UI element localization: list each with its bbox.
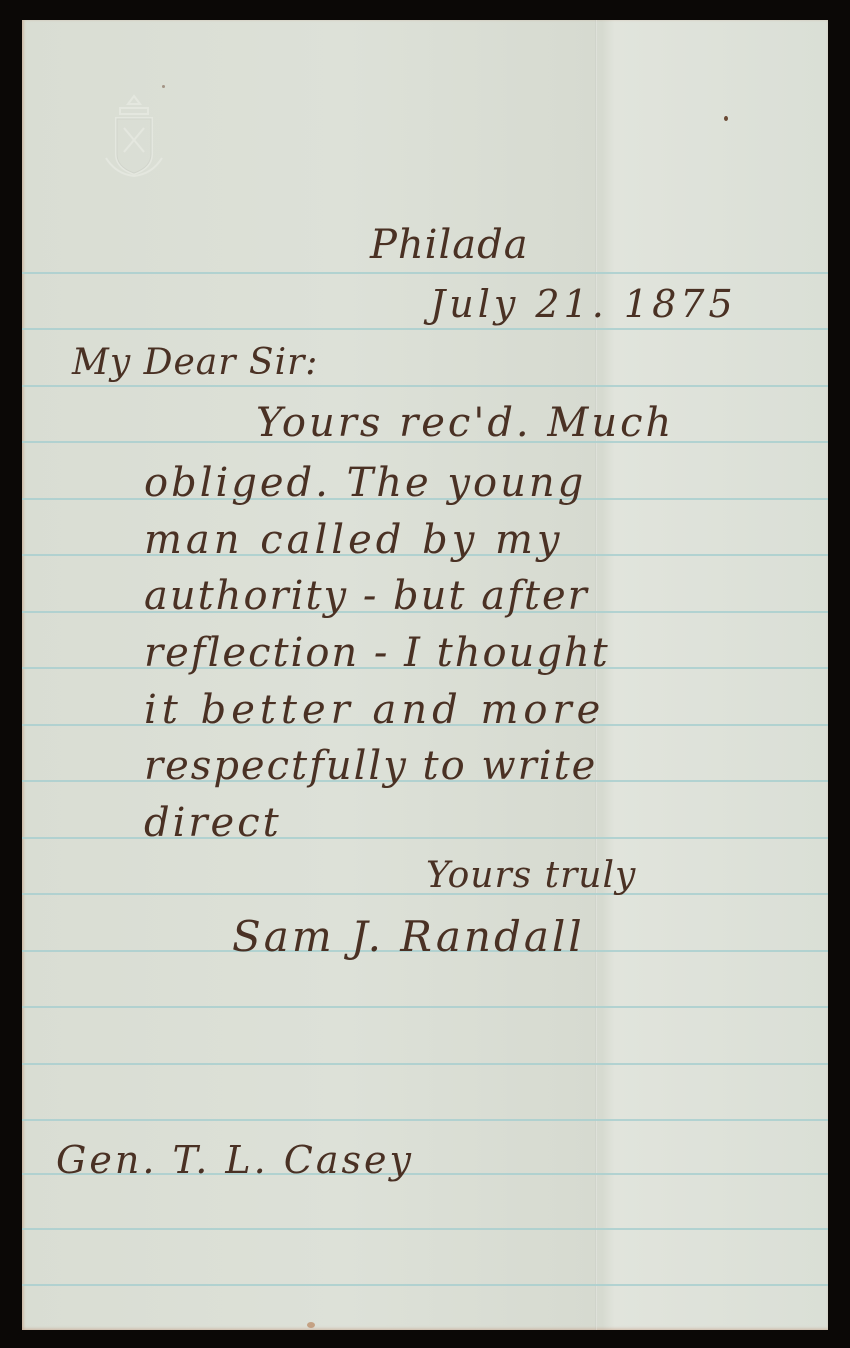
ruled-line xyxy=(22,837,828,839)
letter-body-line: reflection - I thought xyxy=(144,630,610,676)
letter-closing: Yours truly xyxy=(426,855,636,896)
letter-body-line: authority - but after xyxy=(144,573,589,619)
ruled-line xyxy=(22,328,828,330)
embossed-crest-icon xyxy=(94,88,174,188)
letter-date: July 21. 1875 xyxy=(430,282,737,326)
ruled-line xyxy=(22,385,828,387)
letter-body-line: it better and more xyxy=(144,687,605,733)
ruled-line xyxy=(22,1119,828,1121)
letter-body-line: man called by my xyxy=(144,517,564,563)
letter-signature: Sam J. Randall xyxy=(232,912,585,961)
ruled-line xyxy=(22,1063,828,1065)
letter-paper: Philada July 21. 1875 My Dear Sir: Yours… xyxy=(22,20,828,1330)
ruled-line xyxy=(22,1006,828,1008)
ink-speck xyxy=(724,116,728,121)
letter-body-line: Yours rec'd. Much xyxy=(256,400,674,446)
letter-salutation: My Dear Sir: xyxy=(72,342,318,383)
letter-body-line: obliged. The young xyxy=(144,460,586,506)
ruled-line xyxy=(22,1284,828,1286)
letter-place: Philada xyxy=(370,222,529,268)
letter-body-line: direct xyxy=(144,800,282,846)
ink-speck xyxy=(162,85,165,88)
letter-body-line: respectfully to write xyxy=(144,743,597,789)
ruled-line xyxy=(22,893,828,895)
foxing-stain xyxy=(307,1322,315,1328)
ruled-line xyxy=(22,272,828,274)
ruled-line xyxy=(22,1228,828,1230)
letter-addressee: Gen. T. L. Casey xyxy=(56,1138,414,1182)
